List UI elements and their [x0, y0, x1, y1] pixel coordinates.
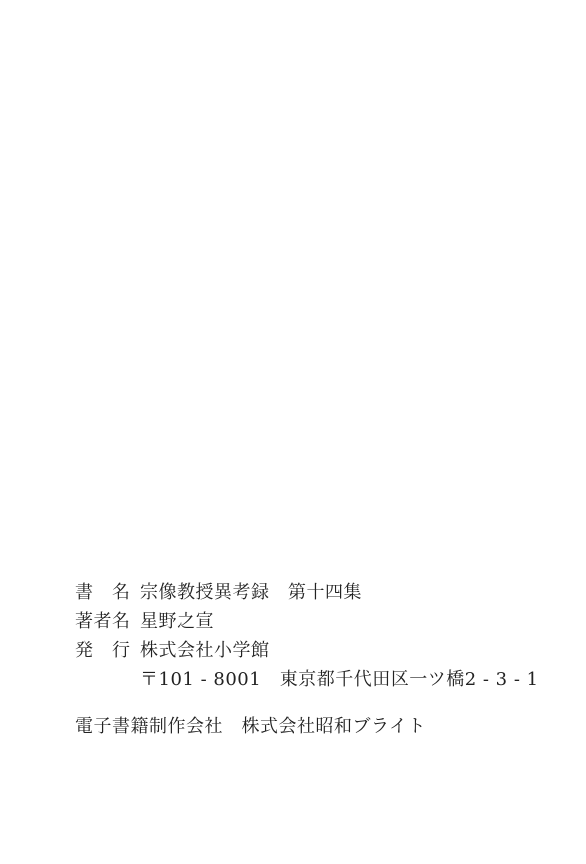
colophon-page: 書 名 宗像教授異考録 第十四集 著者名 星野之宣 発 行 株式会社小学館 〒1…: [0, 0, 586, 864]
publisher-label: 発 行: [75, 636, 131, 665]
colophon-block: 書 名 宗像教授異考録 第十四集 著者名 星野之宣 発 行 株式会社小学館 〒1…: [75, 578, 539, 741]
author-label: 著者名: [75, 607, 131, 636]
colophon-row-author: 著者名 星野之宣: [75, 607, 539, 636]
publisher-name: 株式会社小学館: [140, 636, 270, 665]
colophon-row-title: 書 名 宗像教授異考録 第十四集: [75, 578, 539, 607]
production-company-line: 電子書籍制作会社 株式会社昭和ブライト: [75, 712, 539, 741]
colophon-row-publisher: 発 行 株式会社小学館: [75, 636, 539, 665]
address-label-spacer: [75, 665, 131, 694]
author-name: 星野之宣: [140, 607, 214, 636]
colophon-row-address: 〒101 - 8001 東京都千代田区一ツ橋2 - 3 - 1: [75, 665, 539, 694]
book-title: 宗像教授異考録 第十四集: [140, 578, 362, 607]
publisher-address: 〒101 - 8001 東京都千代田区一ツ橋2 - 3 - 1: [140, 665, 539, 694]
title-label: 書 名: [75, 578, 131, 607]
